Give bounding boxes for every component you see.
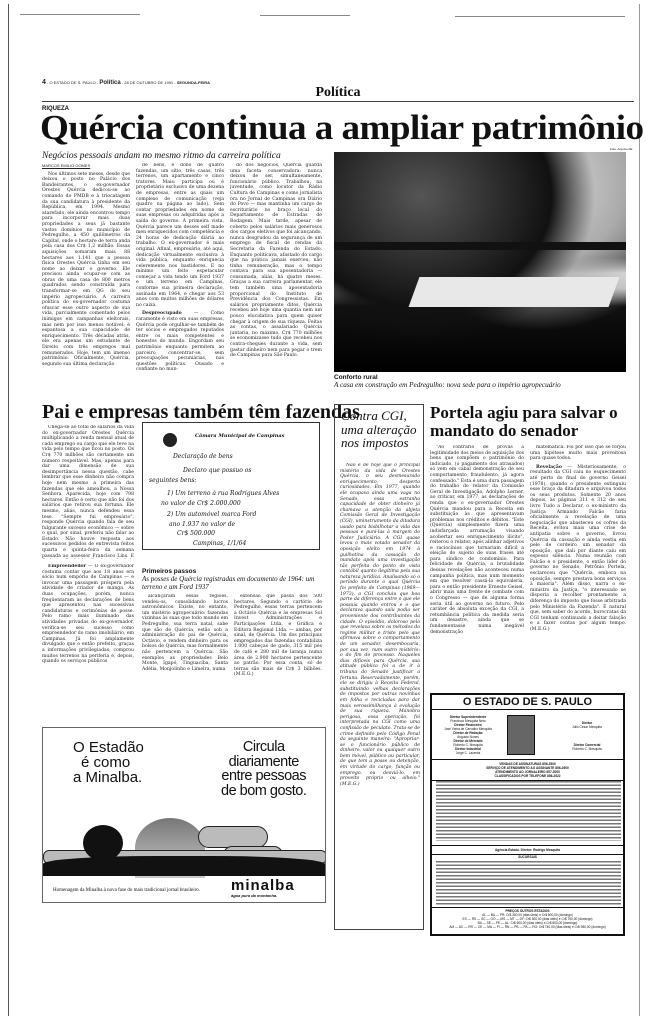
pai-column-3: extensão que passa dos 500 hectares. Seg… bbox=[234, 594, 322, 716]
masthead-precos: PREÇOS OUTROS ESTADOS AL — BA — PR: Cr$ … bbox=[432, 907, 623, 929]
main-deck: Negócios pessoais andam no mesmo ritmo d… bbox=[42, 151, 281, 161]
byline: MARCOS EMILIO GOMES bbox=[42, 163, 130, 169]
top-rule bbox=[455, 16, 625, 17]
pai-column-2: alcançaram essas regiões, vendeu-os, con… bbox=[142, 594, 228, 716]
main-story-column-3: do dos negócios, Quércia guarda uma face… bbox=[230, 163, 322, 395]
masthead-agencia: Agência Estado. Diretor: Rodrigo Mesquit… bbox=[432, 845, 623, 855]
hill-illustration bbox=[43, 856, 325, 876]
photo-credit: Foto: Arquivo AE bbox=[610, 147, 632, 151]
pai-headline: Pai e empresas também têm fazendas bbox=[42, 402, 360, 423]
subhead-empreendedor: Empreendedor bbox=[48, 564, 86, 569]
photo-roof bbox=[334, 242, 626, 250]
seal-icon bbox=[163, 433, 177, 447]
cgi-text: Não é de hoje que o principal mistério d… bbox=[340, 463, 420, 925]
masthead-left-staff: Diretor Superintendente Francisco Mesqui… bbox=[438, 715, 498, 755]
photo-caption-text: A casa em construção em Pedregulho: nova… bbox=[334, 381, 561, 389]
portela-headline: Portela agiu para salvar o mandato do se… bbox=[430, 404, 630, 440]
masthead-sucursais-title: SUCURSAIS bbox=[432, 855, 623, 859]
cgi-headline: Contra CGI, uma alteração nos impostos bbox=[341, 409, 421, 450]
masthead-title: O ESTADO DE S. PAULO bbox=[432, 695, 623, 710]
masthead-right-staff: Diretor Júlio César Mesquita Diretor Com… bbox=[552, 721, 622, 751]
masthead-sucursais bbox=[436, 861, 621, 905]
main-headline: Quércia continua a ampliar patrimônio bbox=[40, 108, 644, 148]
document-caption-title: Primeiros passos bbox=[142, 568, 196, 575]
top-rule bbox=[20, 14, 140, 15]
house-photo bbox=[334, 152, 626, 372]
pai-column-1: Chega-se ao total de salários da vida do… bbox=[42, 425, 134, 559]
top-rule bbox=[260, 15, 350, 16]
main-story-column-1: MARCOS EMILIO GOMES Nos últimos sete mes… bbox=[42, 163, 130, 395]
tree-illustration bbox=[83, 825, 123, 861]
section-header: Política bbox=[42, 84, 634, 102]
cgi-sidebar-box: Contra CGI, uma alteração nos impostos N… bbox=[334, 404, 424, 930]
subhead-despreocupado: Despreocupado bbox=[142, 311, 182, 316]
ad-left-text: O Estadão é como a Minalba. bbox=[73, 740, 144, 785]
main-story-column-2: de bens, é dono de quatro fazendas, um s… bbox=[136, 163, 224, 395]
portela-column-1: "Ao contrário de provas à legitimidade d… bbox=[430, 445, 524, 677]
masthead-box: O ESTADO DE S. PAULO Diretor Superintend… bbox=[430, 693, 625, 936]
minalba-advertisement: O Estadão é como a Minalba. Circula diar… bbox=[42, 727, 326, 903]
photo-caption-title: Conforto rural bbox=[334, 374, 378, 381]
portela-column-2: matemática. Foi por isso que se forjou u… bbox=[530, 445, 626, 677]
ad-footer-text: Homenagem da Minalba à nova fase do mais… bbox=[53, 888, 200, 893]
document-caption-text: As posses de Quércia registradas em docu… bbox=[142, 575, 322, 591]
masthead-crest-icon bbox=[507, 715, 535, 755]
pai-column-1b: Empreendedor — O ex-governador costuma c… bbox=[42, 564, 134, 716]
handwritten-document: Câmara Municipal de Campinas Declaração … bbox=[142, 422, 320, 550]
cloud-illustration bbox=[198, 826, 268, 848]
photo-pool bbox=[409, 277, 620, 307]
ad-right-text: Circula diariamente entre pessoas de bom… bbox=[221, 740, 306, 798]
minalba-tagline: água pura da montanha. bbox=[231, 893, 277, 898]
masthead-services: VENDAS DE ASSINATURAS 856-2500 SERVIÇO D… bbox=[432, 759, 623, 781]
minalba-logo: minalba bbox=[231, 877, 295, 894]
masthead-addresses bbox=[436, 781, 621, 841]
